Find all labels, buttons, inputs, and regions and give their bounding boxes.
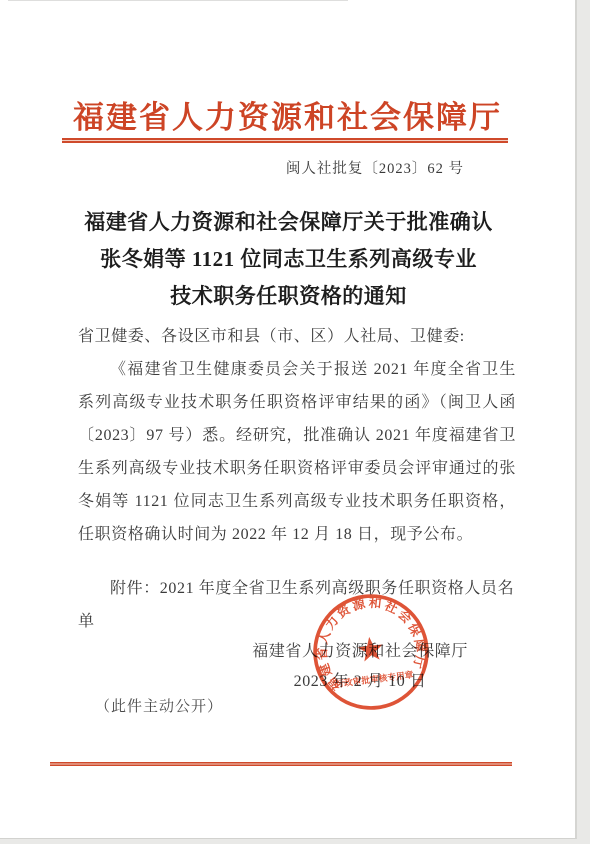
seal-bottom-text: 行政审批审核专用章 [335, 669, 415, 690]
doc-title-line-1: 福建省人力资源和社会保障厅关于批准确认 [40, 204, 537, 241]
doc-number: 闽人社批复〔2023〕62 号 [0, 157, 464, 178]
document-page: 福建省人力资源和社会保障厅 闽人社批复〔2023〕62 号 福建省人力资源和社会… [0, 0, 577, 839]
footer-note: （此件主动公开） [95, 695, 223, 716]
salutation-line: 省卫健委、各设区市和县（市、区）人社局、卫健委: [78, 320, 516, 353]
document-body: 省卫健委、各设区市和县（市、区）人社局、卫健委: 《福建省卫生健康委员会关于报送… [78, 320, 516, 638]
seal-star-icon [357, 635, 385, 662]
bottom-red-rule [50, 762, 512, 766]
doc-title-line-2: 张冬娟等 1121 位同志卫生系列高级专业 [40, 241, 537, 278]
org-header-title: 福建省人力资源和社会保障厅 [0, 92, 575, 137]
doc-title: 福建省人力资源和社会保障厅关于批准确认 张冬娟等 1121 位同志卫生系列高级专… [40, 204, 537, 315]
body-paragraph: 《福建省卫生健康委员会关于报送 2021 年度全省卫生系列高级专业技术职务任职资… [78, 353, 516, 551]
official-seal: 福建省人力资源和社会保障厅 行政审批审核专用章 [303, 584, 439, 720]
scan-edge-artifact [8, 0, 348, 1]
header-red-rule [62, 138, 508, 143]
attachment-line: 附件：2021 年度全省卫生系列高级职务任职资格人员名单 [78, 572, 516, 638]
doc-title-line-3: 技术职务任职资格的通知 [40, 278, 537, 315]
